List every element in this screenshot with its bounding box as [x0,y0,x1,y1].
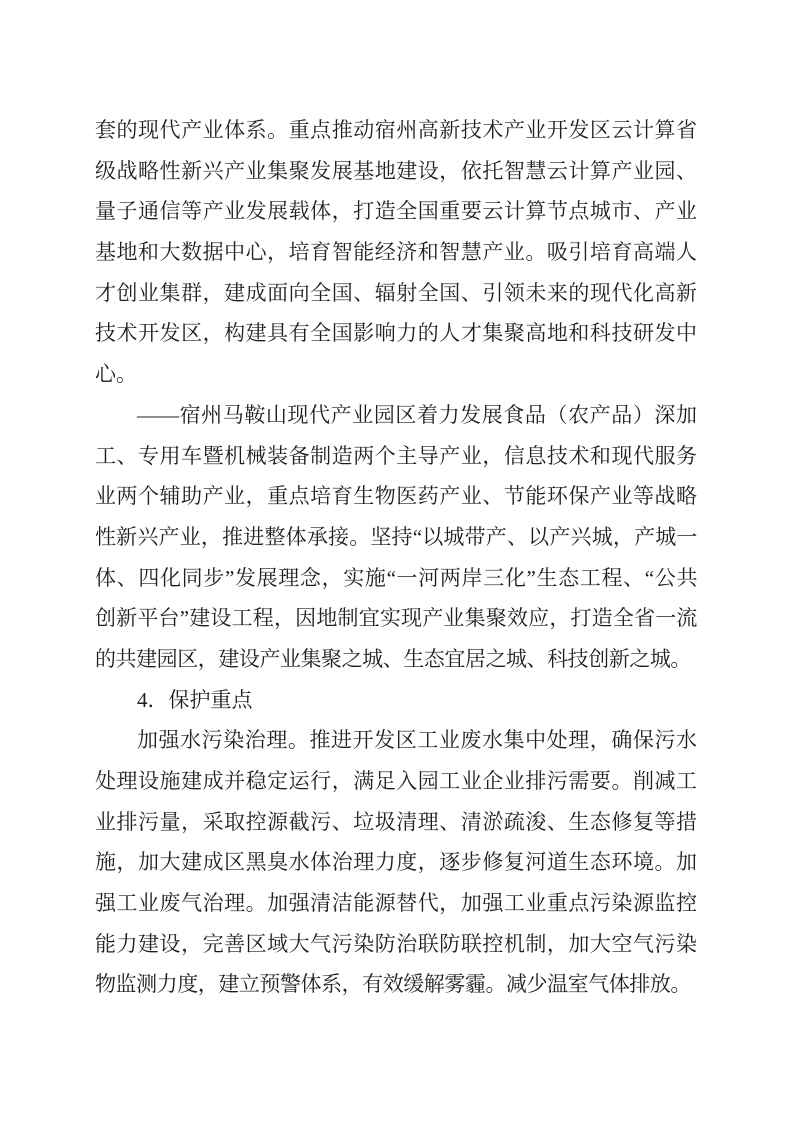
text-line: 基地和大数据中心，培育智能经济和智慧产业。吸引培育高端人 [95,232,697,273]
text-line: 的共建园区，建设产业集聚之城、生态宜居之城、科技创新之城。 [95,639,697,680]
text-line: 加强水污染治理。推进开发区工业废水集中处理，确保污水 [95,720,697,761]
paragraph-suzhou-maanshan-industrial-park: ——宿州马鞍山现代产业园区着力发展食品（农产品）深加工、专用车暨机械装备制造两个… [95,395,697,680]
text-line: 技术开发区，构建具有全国影响力的人才集聚高地和科技研发中 [95,313,697,354]
text-line: 创新平台”建设工程，因地制宜实现产业集聚效应，打造全省一流 [95,598,697,639]
paragraph-modern-industry-system: 套的现代产业体系。重点推动宿州高新技术产业开发区云计算省级战略性新兴产业集聚发展… [95,110,697,395]
text-line: 业两个辅助产业，重点培育生物医药产业、节能环保产业等战略 [95,476,697,517]
text-line: 才创业集群，建成面向全国、辐射全国、引领未来的现代化高新 [95,273,697,314]
text-line: 套的现代产业体系。重点推动宿州高新技术产业开发区云计算省 [95,110,697,151]
heading-protection-priorities: 4．保护重点 [95,680,697,721]
text-line: 量子通信等产业发展载体，打造全国重要云计算节点城市、产业 [95,191,697,232]
document-page: 套的现代产业体系。重点推动宿州高新技术产业开发区云计算省级战略性新兴产业集聚发展… [0,0,793,1122]
text-line: 级战略性新兴产业集聚发展基地建设，依托智慧云计算产业园、 [95,151,697,192]
text-line: 体、四化同步”发展理念，实施“一河两岸三化”生态工程、“公共 [95,558,697,599]
text-block: 套的现代产业体系。重点推动宿州高新技术产业开发区云计算省级战略性新兴产业集聚发展… [95,110,697,1005]
paragraph-pollution-control: 加强水污染治理。推进开发区工业废水集中处理，确保污水处理设施建成并稳定运行，满足… [95,720,697,1005]
text-line: 处理设施建成并稳定运行，满足入园工业企业排污需要。削减工 [95,761,697,802]
text-line: 性新兴产业，推进整体承接。坚持“以城带产、以产兴城，产城一 [95,517,697,558]
text-line: 4．保护重点 [95,680,697,721]
text-line: 能力建设，完善区域大气污染防治联防联控机制，加大空气污染 [95,924,697,965]
text-line: 心。 [95,354,697,395]
text-line: 强工业废气治理。加强清洁能源替代，加强工业重点污染源监控 [95,883,697,924]
text-line: ——宿州马鞍山现代产业园区着力发展食品（农产品）深加 [95,395,697,436]
text-line: 工、专用车暨机械装备制造两个主导产业，信息技术和现代服务 [95,436,697,477]
text-line: 物监测力度，建立预警体系，有效缓解雾霾。减少温室气体排放。 [95,964,697,1005]
text-line: 业排污量，采取控源截污、垃圾清理、清淤疏浚、生态修复等措 [95,802,697,843]
text-line: 施，加大建成区黑臭水体治理力度，逐步修复河道生态环境。加 [95,842,697,883]
